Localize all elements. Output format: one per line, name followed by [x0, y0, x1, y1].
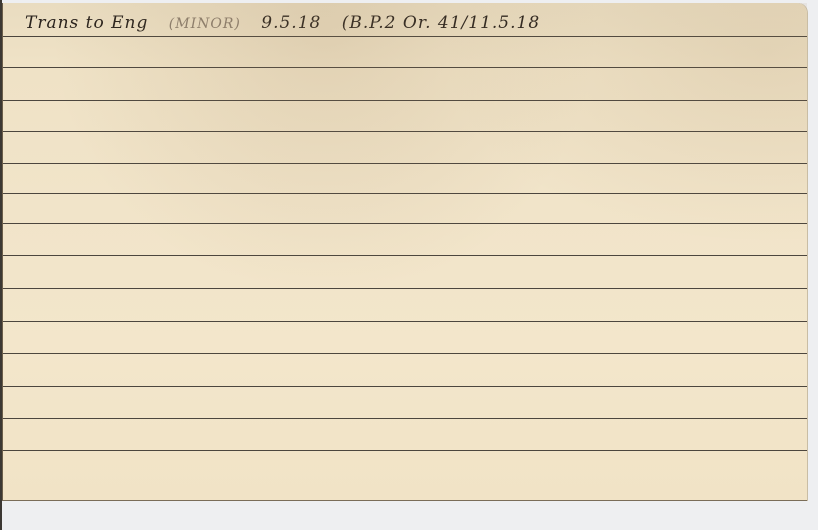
ruled-line [3, 163, 807, 164]
ruled-line [3, 223, 807, 224]
ruled-line [3, 193, 807, 194]
ruled-line [3, 450, 807, 451]
entry-transfer: Trans to Eng [25, 13, 148, 33]
ruled-line [3, 100, 807, 101]
index-card: Trans to Eng (MINOR) 9.5.18 (B.P.2 Or. 4… [2, 3, 807, 501]
entry-reference: (B.P.2 Or. 41/11.5.18 [342, 13, 540, 33]
ruled-line [3, 255, 807, 256]
ruled-line [3, 386, 807, 387]
ruled-line [3, 353, 807, 354]
handwritten-entry: Trans to Eng (MINOR) 9.5.18 (B.P.2 Or. 4… [25, 13, 554, 33]
entry-date: 9.5.18 [261, 13, 321, 33]
ruled-line [3, 418, 807, 419]
ruled-line [3, 131, 807, 132]
ruled-line [3, 321, 807, 322]
ruled-line [3, 36, 807, 37]
ruled-line [3, 67, 807, 68]
entry-classification: (MINOR) [169, 16, 241, 32]
ruled-line [3, 288, 807, 289]
